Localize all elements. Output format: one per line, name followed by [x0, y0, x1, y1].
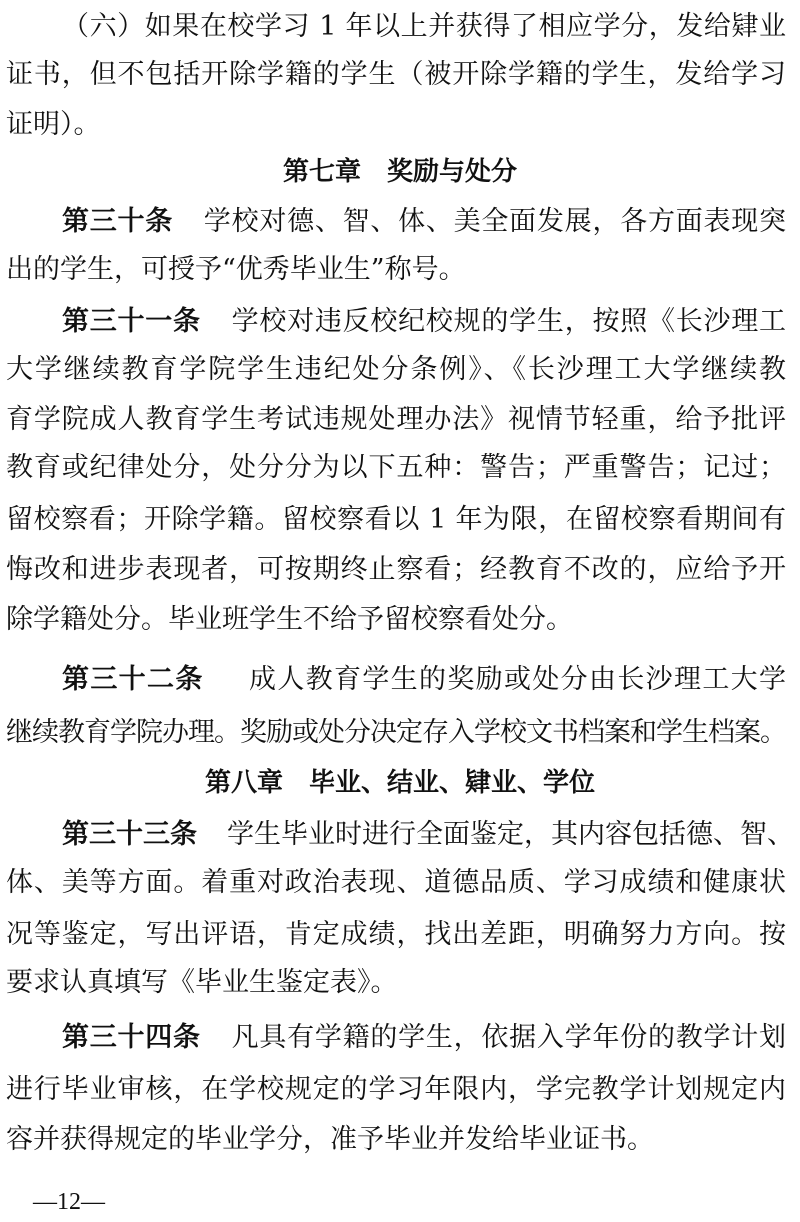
article-30-line-2: 出的学生，可授予“优秀毕业生”称号。	[6, 250, 786, 290]
article-34-line-1: 第三十四条凡具有学籍的学生，依据入学年份的教学计划	[62, 1018, 786, 1058]
article-31-text-1: 学校对违反校纪校规的学生，按照《长沙理工	[231, 306, 786, 337]
chapter-7-title: 奖励与处分	[387, 157, 517, 187]
article-32-text-1: 成人教育学生的奖励或处分由长沙理工大学	[248, 664, 786, 695]
article-32-label: 第三十二条	[62, 664, 204, 695]
article-33-line-4: 要求认真填写《毕业生鉴定表》。	[6, 963, 786, 1003]
article-34-line-2: 进行毕业审核，在学校规定的学习年限内，学完教学计划规定内	[6, 1070, 786, 1110]
article-33-text-1: 学生毕业时进行全面鉴定，其内容包括德、智、	[227, 819, 794, 850]
article-31-line-3: 育学院成人教育学生考试违规处理办法》视情节轻重，给予批评	[6, 400, 786, 440]
article-31-label: 第三十一条	[62, 306, 201, 337]
article-30-text-1: 学校对德、智、体、美全面发展，各方面表现突	[203, 206, 786, 237]
chapter-7-number: 第七章	[283, 157, 361, 187]
article-33-line-2: 体、美等方面。着重对政治表现、道德品质、学习成绩和健康状	[6, 863, 786, 903]
article-31-line-2: 大学继续教育学院学生违纪处分条例》、《长沙理工大学继续教	[6, 350, 786, 390]
article-30-label: 第三十条	[62, 206, 173, 237]
page-number: —12—	[33, 1186, 105, 1218]
article-31-line-6: 悔改和进步表现者，可按期终止察看；经教育不改的，应给予开	[6, 550, 786, 590]
article-33-line-3: 况等鉴定，写出评语，肯定成绩，找出差距，明确努力方向。按	[6, 915, 786, 955]
chapter-8-heading: 第八章毕业、结业、肄业、学位	[0, 763, 800, 803]
article-31-line-5: 留校察看；开除学籍。留校察看以 1 年为限，在留校察看期间有	[6, 500, 786, 540]
article-34-line-3: 容并获得规定的毕业学分，准予毕业并发给毕业证书。	[6, 1120, 786, 1160]
document-page: （六）如果在校学习 1 年以上并获得了相应学分，发给肄业 证书，但不包括开除学籍…	[0, 0, 800, 1222]
article-34-label: 第三十四条	[62, 1022, 201, 1053]
article-34-text-1: 凡具有学籍的学生，依据入学年份的教学计划	[231, 1022, 786, 1053]
article-33-line-1: 第三十三条学生毕业时进行全面鉴定，其内容包括德、智、	[62, 815, 786, 855]
item-six-line-2: 证书，但不包括开除学籍的学生（被开除学籍的学生，发给学习	[6, 55, 786, 95]
article-33-label: 第三十三条	[62, 819, 197, 850]
chapter-8-number: 第八章	[205, 768, 283, 798]
item-six-line-3: 证明）。	[6, 105, 786, 145]
article-32-line-1: 第三十二条成人教育学生的奖励或处分由长沙理工大学	[62, 660, 786, 700]
item-six-line-1: （六）如果在校学习 1 年以上并获得了相应学分，发给肄业	[62, 7, 786, 47]
article-32-line-2: 继续教育学院办理。奖励或处分决定存入学校文书档案和学生档案。	[6, 713, 786, 753]
article-30-line-1: 第三十条学校对德、智、体、美全面发展，各方面表现突	[62, 202, 786, 242]
article-31-line-7: 除学籍处分。毕业班学生不给予留校察看处分。	[6, 600, 786, 640]
chapter-7-heading: 第七章奖励与处分	[0, 152, 800, 192]
article-31-line-1: 第三十一条学校对违反校纪校规的学生，按照《长沙理工	[62, 302, 786, 342]
article-31-line-4: 教育或纪律处分，处分分为以下五种：警告；严重警告；记过；	[6, 448, 786, 488]
chapter-8-title: 毕业、结业、肄业、学位	[309, 768, 595, 798]
